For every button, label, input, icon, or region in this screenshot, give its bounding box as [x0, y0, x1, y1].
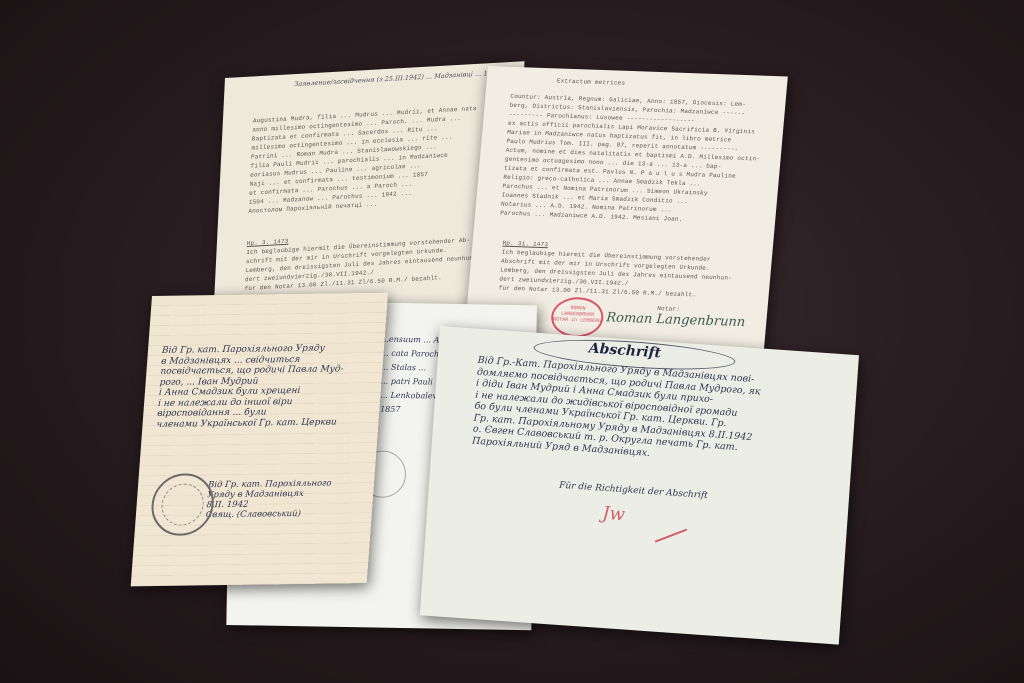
abschrift-document: Abschrift Від Гр.-Кат. Парохіяльного Уря…	[420, 326, 859, 645]
abschrift-text: Від Гр.-Кат. Парохіяльного Уряду в Мадза…	[472, 355, 848, 473]
red-underline	[655, 529, 687, 543]
handwritten-letter: Від Гр. кат. Парохіяльного Уряду в Мадза…	[131, 293, 388, 587]
certification-note: Für die Richtigkeit der Abschrift	[559, 481, 708, 501]
certification-block: Нр. 3. 1473 Ich beglaubige hiermit die Ü…	[244, 225, 506, 294]
document-header: Заявление/засвідчення (з 25.III.1942) ..…	[294, 68, 504, 88]
document-title: Extractum metrices	[556, 76, 625, 87]
letter-signature-block: Від Гр. кат. Парохіяльного Уряду в Мадза…	[205, 479, 331, 521]
notary-stamp: ROMAN LANGENBRUNN NOTAR in LEMBERG	[550, 296, 605, 338]
notary-signature: Roman Langenbrunn	[606, 310, 746, 330]
certification-block: Нр. 31. 1473 Ich beglaubige hiermit die …	[498, 239, 763, 302]
red-signature: Jw	[602, 503, 626, 526]
letter-text: Від Гр. кат. Парохіяльного Уряду в Мадза…	[156, 343, 377, 430]
signature-line: Свящ. (Славовський)	[205, 509, 329, 521]
document-body: Augustina Mudra, filia ... Mudrus ... Mu…	[248, 103, 502, 216]
document-body: Countur: Austria, Regnum: Galiciae, Anno…	[500, 92, 771, 227]
parish-stamp	[149, 473, 216, 536]
